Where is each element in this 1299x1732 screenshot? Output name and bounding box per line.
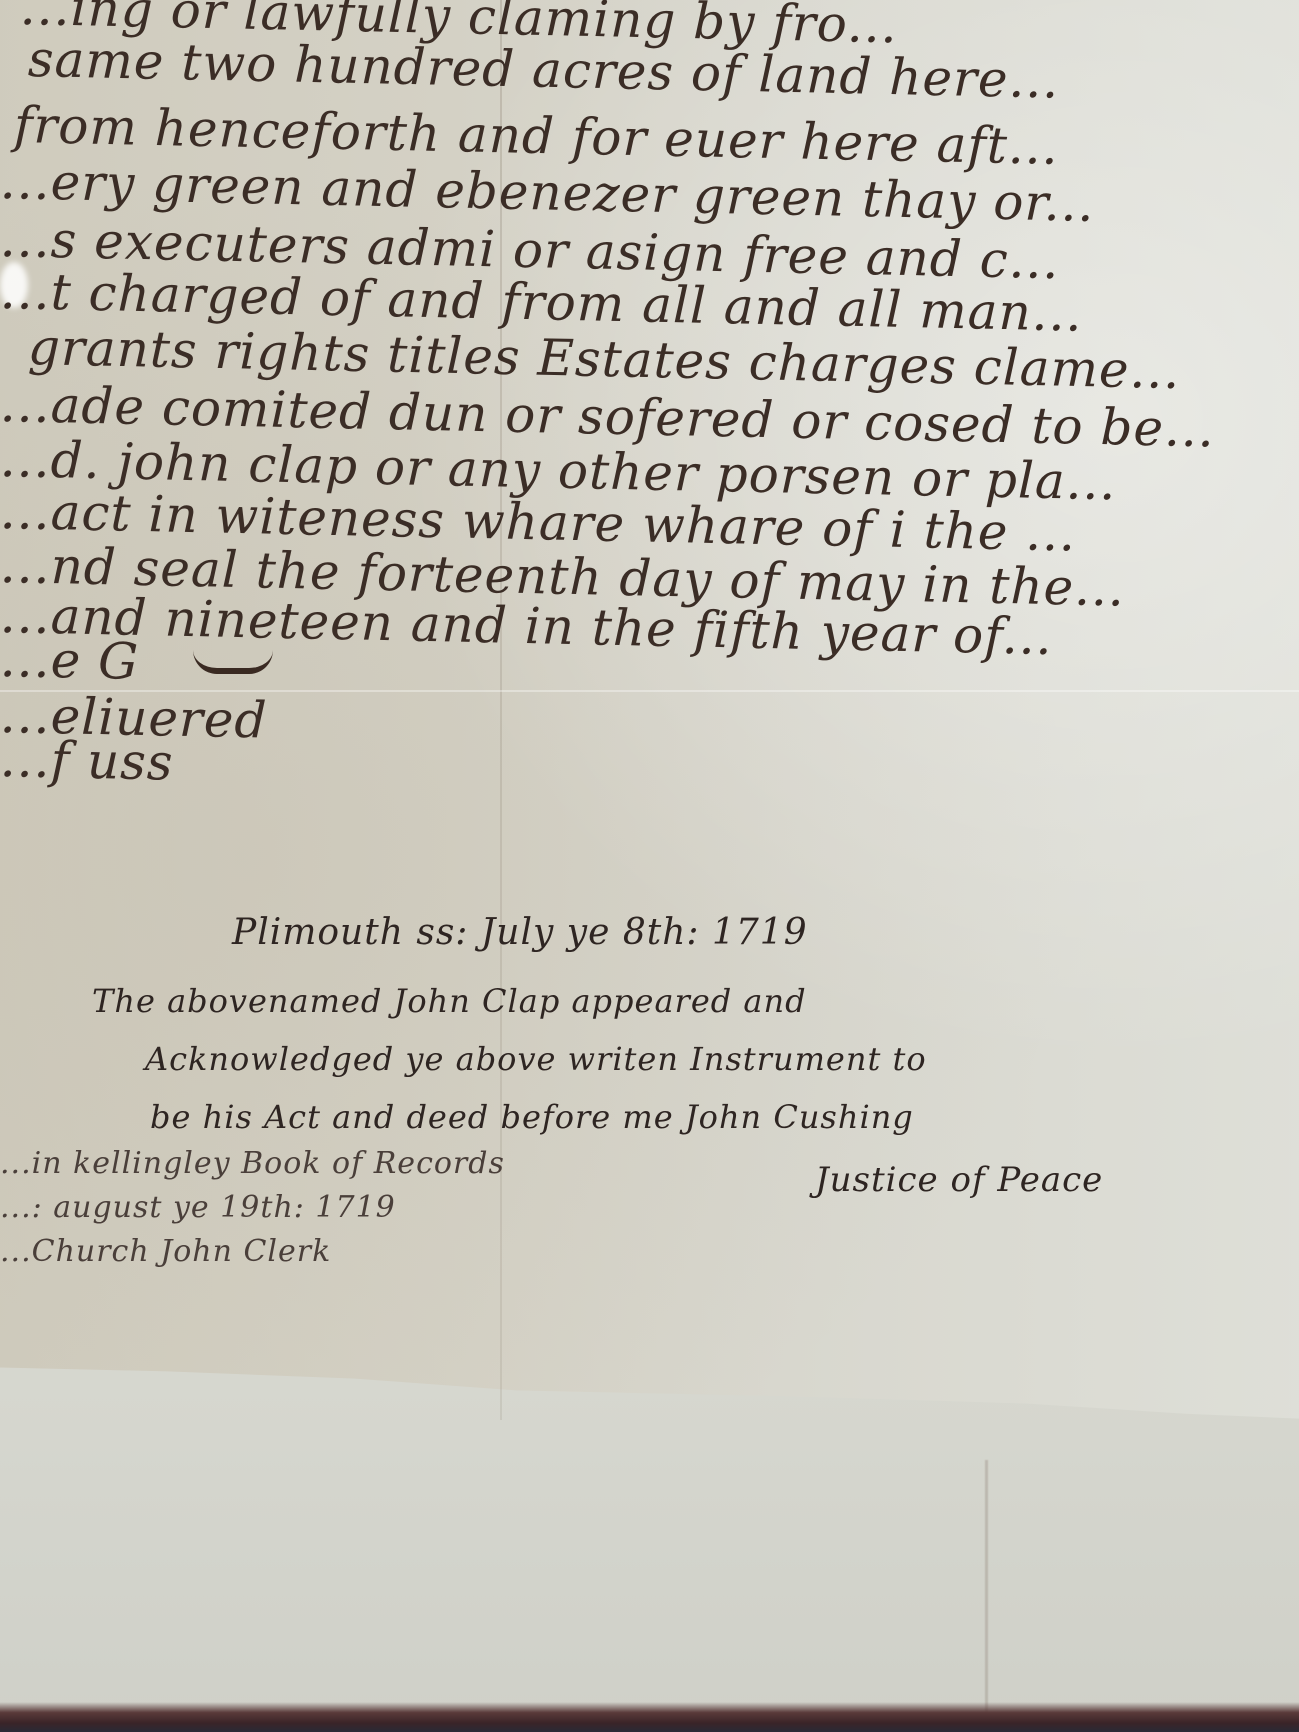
record-note-line: ...in kellingley Book of Records (0, 1146, 505, 1181)
acknowledgement-line: The abovenamed John Clap appeared and (92, 982, 807, 1020)
picture-frame-edge (0, 1702, 1299, 1732)
record-note-line: ...Church John Clerk (0, 1234, 331, 1269)
place-date-heading: Plimouth ss: July ye 8th: 1719 (232, 912, 808, 953)
deed-line: ...f uss (0, 730, 174, 792)
justice-signature-title: Justice of Peace (815, 1160, 1103, 1200)
seal-flourish-mark (193, 650, 273, 674)
document-photo: ...ing or lawfully claming by fro... sam… (0, 0, 1299, 1732)
acknowledgement-line: be his Act and deed before me John Cushi… (150, 1098, 914, 1136)
deed-line: ...e G (0, 630, 140, 691)
record-note-line: ...: august ye 19th: 1719 (0, 1190, 396, 1225)
acknowledgement-line: Acknowledged ye above writen Instrument … (145, 1040, 927, 1078)
mat-seam (985, 1460, 988, 1732)
